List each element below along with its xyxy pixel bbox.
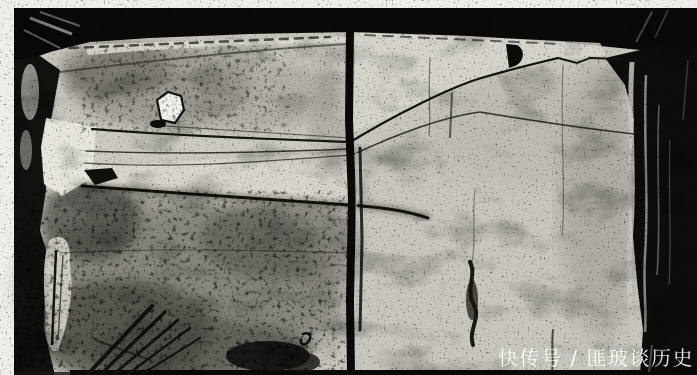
archival-photo — [0, 0, 697, 375]
grain-texture — [0, 0, 697, 375]
screenshot-root: 快传号 / 匪玻谈历史 — [0, 0, 697, 375]
watermark: 快传号 / 匪玻谈历史 — [498, 342, 694, 371]
watermark-text: 快传号 / 匪玻谈历史 — [498, 346, 694, 370]
